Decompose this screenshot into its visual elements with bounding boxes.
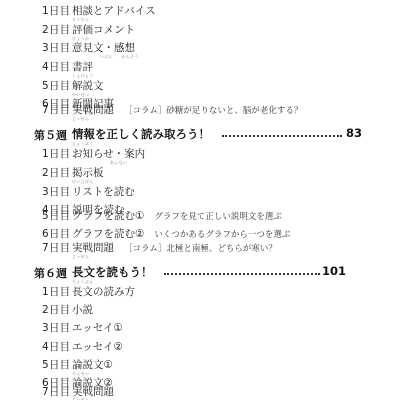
day-label: 1日目: [42, 3, 70, 18]
entry-title: 解説文: [72, 78, 104, 93]
entry-title: 論説文①: [72, 357, 113, 372]
entry-title: エッセイ②: [72, 339, 123, 354]
day-label: 7日目: [42, 240, 70, 255]
leader-dots: [222, 133, 342, 137]
page-number: 83: [346, 126, 362, 140]
entry-title: 長文の読み方: [72, 284, 135, 299]
entry-title-text: 実戦問題: [72, 104, 114, 116]
day-label: 1日目: [42, 146, 70, 161]
entry-title: 小説: [72, 302, 93, 317]
entry-title: エッセイ①: [72, 320, 123, 335]
entry-ruby: あんない: [110, 160, 127, 166]
entry-title: 実戦問題［コラム］北極と南極、どちらが寒い？: [72, 240, 277, 255]
entry-title: 意見文・感想: [72, 40, 135, 55]
week-label: 第６週: [34, 265, 67, 281]
entry-ruby: じっせん: [72, 254, 89, 260]
entry-subtitle: いくつかあるグラフから一つを選ぶ: [154, 230, 290, 240]
day-label: 2日目: [42, 302, 70, 317]
day-label: 5日目: [42, 357, 70, 372]
week-title: 長文を読もう！: [72, 264, 153, 280]
entry-title: お知らせ・案内: [72, 146, 145, 161]
week-title: 情報を正しく読み取ろう！: [72, 126, 210, 142]
day-label: 3日目: [42, 40, 70, 55]
entry-title-text: グラフを読む①: [72, 210, 144, 222]
day-label: 2日目: [42, 22, 70, 37]
day-label: 7日目: [42, 384, 70, 399]
day-label: 5日目: [42, 208, 70, 223]
entry-title: 評価コメント: [72, 22, 135, 37]
entry-column-note: ［コラム］砂糖が足りないと、脳が老化する？: [124, 106, 302, 116]
entry-title: グラフを読む①グラフを見て正しい説明文を選ぶ: [72, 208, 282, 223]
entry-title: リストを読む: [72, 184, 135, 199]
day-label: 7日目: [42, 102, 70, 117]
week-label: 第５週: [34, 127, 67, 143]
day-label: 3日目: [42, 184, 70, 199]
entry-title: 実戦問題［コラム］砂糖が足りないと、脳が老化する？: [72, 102, 302, 117]
entry-title-text: グラフを読む②: [72, 228, 144, 240]
day-label: 4日目: [42, 59, 70, 74]
entry-ruby: いけん かんそう: [100, 54, 139, 60]
day-label: 3日目: [42, 320, 70, 335]
entry-subtitle: グラフを見て正しい説明文を選ぶ: [154, 212, 282, 222]
entry-title: 書評: [72, 59, 93, 74]
leader-dots: [164, 271, 320, 275]
entry-title: グラフを読む②いくつかあるグラフから一つを選ぶ: [72, 226, 290, 241]
page-number: 101: [322, 264, 346, 278]
day-label: 5日目: [42, 78, 70, 93]
day-label: 4日目: [42, 339, 70, 354]
entry-column-note: ［コラム］北極と南極、どちらが寒い？: [124, 244, 277, 254]
entry-title: 掲示板: [72, 165, 104, 180]
entry-ruby: じっせん: [72, 116, 89, 122]
day-label: 1日目: [42, 284, 70, 299]
day-label: 2日目: [42, 165, 70, 180]
entry-title: 相談とアドバイス: [72, 3, 156, 18]
entry-title-text: 実戦問題: [72, 242, 114, 254]
day-label: 6日目: [42, 226, 70, 241]
